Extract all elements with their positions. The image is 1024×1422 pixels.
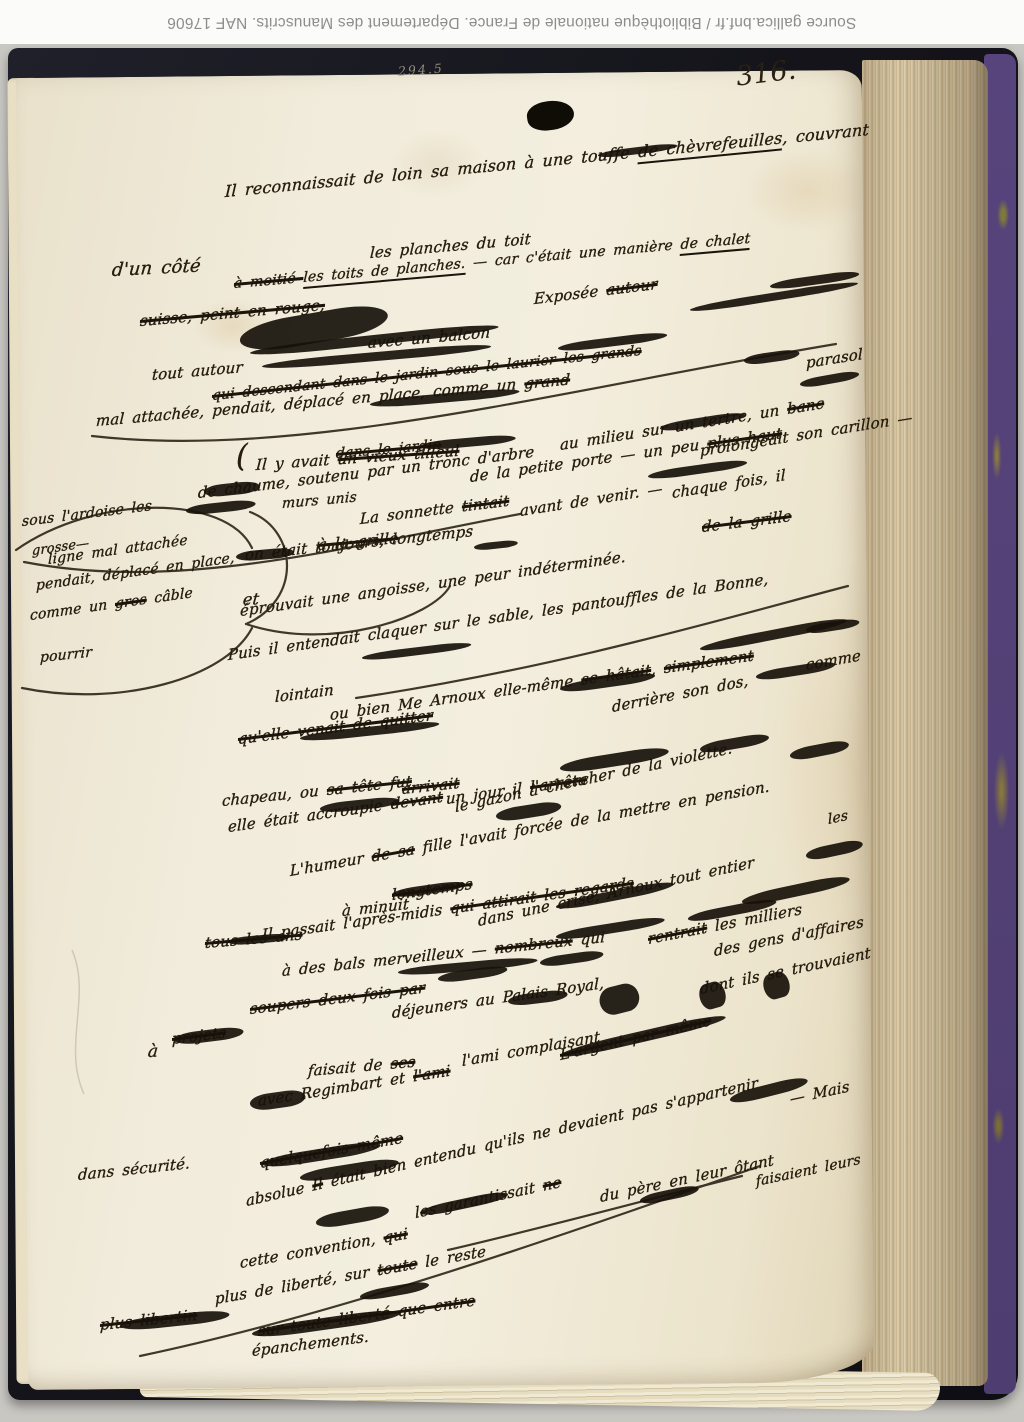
struck-text: gros [115, 592, 147, 613]
handwritten-text: ( [236, 438, 248, 475]
struck-text: qui [383, 1224, 408, 1246]
handwritten-text: plus de liberté, sur [215, 1261, 378, 1308]
ink-strike-mark [805, 838, 864, 862]
manuscript-line: les [827, 808, 848, 828]
ink-strike-mark [699, 732, 770, 755]
handwritten-text: les [827, 808, 848, 828]
handwritten-text: Exposée [534, 281, 607, 308]
manuscript-line: dans sécurité. [78, 1154, 191, 1184]
ink-strike-mark [362, 641, 472, 662]
underlined-text: de chalet [680, 231, 751, 256]
ink-strike-mark [315, 1203, 390, 1230]
handwritten-text: La sonnette [360, 497, 462, 528]
manuscript-line: du père en leur ôtant [599, 1151, 774, 1206]
handwritten-text: murs unis [282, 489, 358, 512]
handwritten-text: ou bien Me Arnoux elle-même [330, 671, 581, 724]
manuscript-line: à [147, 1041, 159, 1062]
struck-text: de la grille [702, 507, 792, 536]
handwritten-text: le reste [417, 1242, 486, 1272]
manuscript-line: pourrir [40, 644, 93, 666]
struck-text: à moitié [234, 270, 304, 292]
manuscript-line: de la grille [702, 507, 792, 536]
handwritten-text: avant de venir. — [520, 479, 663, 520]
manuscript-line: murs unis [282, 489, 358, 512]
ink-strike-mark [743, 348, 800, 366]
handwritten-text: Il reconnaissait de loin sa maison à une… [225, 142, 639, 201]
handwritten-text: dans sécurité. [78, 1154, 191, 1184]
handwritten-text: tout autour [152, 358, 244, 384]
ink-strike-mark [185, 499, 256, 516]
struck-text: l'ami [413, 1061, 451, 1085]
manuscript-line: tout autour [152, 358, 244, 384]
manuscript-line: Exposée autour [534, 275, 658, 308]
handwritten-text: Puis il entendait claquer sur le sable, … [228, 570, 768, 664]
struck-text: grand [524, 370, 571, 392]
struck-text: tintait [462, 492, 510, 516]
struck-text: toute [377, 1254, 418, 1279]
manuscript-scan: 316. 294.5 Il reconnaissait de loin sa m… [0, 44, 1024, 1422]
handwritten-text: d'un côté [111, 255, 202, 281]
attribution-text: Source gallica.bnf.fr / Bibliothèque nat… [167, 13, 856, 31]
manuscript-line: ( [236, 438, 248, 475]
ink-strike-mark [699, 615, 848, 653]
manuscript-line: lointain [275, 681, 334, 706]
handwriting-layer: Il reconnaissait de loin sa maison à une… [0, 44, 1024, 1422]
manuscript-line: Puis il entendait claquer sur le sable, … [228, 570, 768, 664]
struck-text: de sa [371, 840, 415, 866]
struck-text: ne [542, 1173, 562, 1195]
ink-strike-mark [799, 370, 860, 389]
manuscript-line: La sonnette tintait [360, 492, 510, 529]
handwritten-text: parasol [806, 345, 863, 372]
manuscript-line: d'un côté [111, 255, 202, 281]
struck-text: autour [606, 275, 658, 299]
handwritten-text: sous l'ardoise les [22, 498, 152, 530]
ink-strike-mark [789, 739, 850, 762]
manuscript-line: Il reconnaissait de loin sa maison à une… [225, 120, 870, 201]
struck-text: banc [787, 394, 824, 418]
ink-strike-mark [474, 539, 518, 551]
handwritten-text: absolue [245, 1177, 313, 1210]
attribution-banner: Source gallica.bnf.fr / Bibliothèque nat… [0, 0, 1024, 45]
handwritten-text: longtemps [392, 522, 474, 549]
handwritten-text: à [147, 1041, 159, 1062]
handwritten-text: lointain [275, 681, 334, 706]
handwritten-text: comme un [30, 596, 115, 624]
handwritten-text: pourrir [40, 644, 93, 666]
ink-layer: 316. 294.5 Il reconnaissait de loin sa m… [0, 44, 1024, 1422]
manuscript-line: avant de venir. — [520, 479, 663, 520]
handwritten-text: câble [147, 585, 193, 608]
handwritten-text: L'humeur [290, 848, 372, 881]
manuscript-line: parasol [806, 345, 863, 372]
manuscript-line: sous l'ardoise les [22, 498, 152, 530]
handwritten-text: , couvrant [782, 120, 869, 148]
